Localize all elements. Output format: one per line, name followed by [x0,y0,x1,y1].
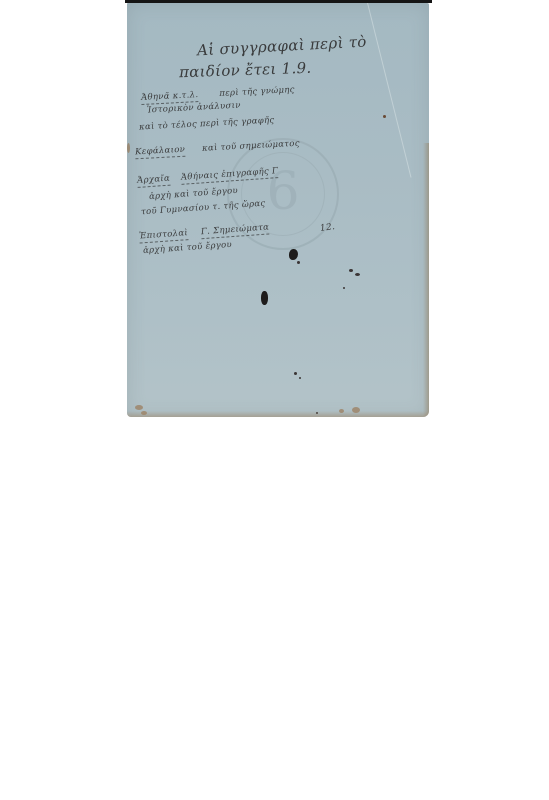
entry-text: περὶ τῆς γνώμης [219,85,295,99]
ink-speck [297,261,300,264]
ink-speck [383,115,386,118]
age-stain [135,405,143,410]
page-bottom-edge [127,411,429,417]
heading-line-2: παιδίον ἔτει 1.9. [179,59,312,82]
ink-speck [299,377,301,379]
ink-speck [343,287,345,289]
entry-label: Ἀρχαῖα [137,174,171,188]
entry-text: καὶ τὸ τέλος περὶ τῆς γραφῆς [139,115,275,132]
paper-fold-line [367,3,412,178]
ink-speck [355,273,360,276]
entry-row: καὶ τὸ τέλος περὶ τῆς γραφῆς [139,115,275,132]
heading-line-1: Αἱ συγγραφαὶ περὶ τὸ [197,33,367,60]
manuscript-page: 6 Αἱ συγγραφαὶ περὶ τὸ παιδίον ἔτει 1.9.… [127,3,429,417]
age-stain [127,143,130,153]
entry-row: ἀρχὴ καὶ τοῦ ἔργου [149,186,239,202]
ink-blot [261,291,268,305]
entry-text: ἀρχὴ καὶ τοῦ ἔργου [149,186,239,202]
entry-label: Ἐπιστολαὶ [139,228,189,243]
margin-note: 12. [319,222,335,234]
entry-row: Ἀθηνᾶ κ.τ.λ. περὶ τῆς γνώμης [141,85,295,103]
ink-speck [294,372,297,375]
ink-blot [289,249,298,260]
entry-label: Κεφάλαιον [135,145,186,160]
ink-speck [349,269,353,272]
